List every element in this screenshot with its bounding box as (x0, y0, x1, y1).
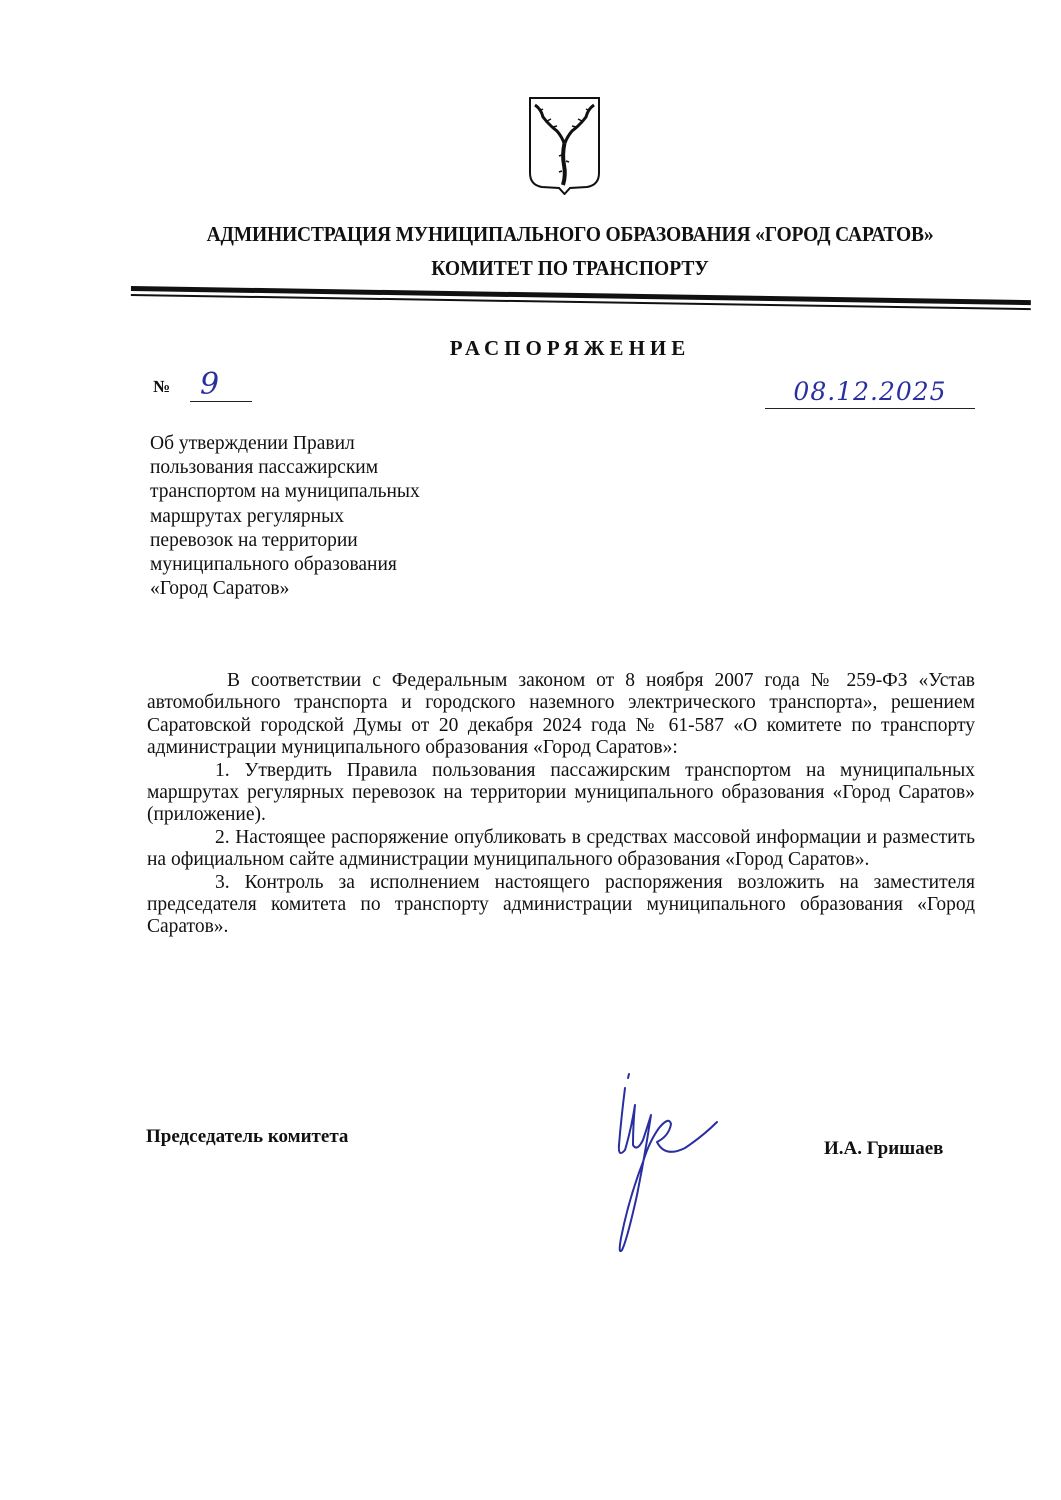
order-item-1: 1. Утвердить Правила пользования пассажи… (147, 760, 975, 827)
header-divider (131, 286, 1031, 314)
order-item-3: 3. Контроль за исполнением настоящего ра… (147, 872, 975, 939)
signatory-name: И.А. Гришаев (824, 1138, 943, 1160)
subject-line: пользования пассажирским (150, 456, 490, 480)
document-subject: Об утверждении Правил пользования пассаж… (150, 432, 490, 601)
number-label: № (153, 377, 170, 397)
organization-name: АДМИНИСТРАЦИЯ МУНИЦИПАЛЬНОГО ОБРАЗОВАНИЯ… (161, 222, 979, 247)
document-body: В соответствии с Федеральным законом от … (147, 670, 975, 939)
order-item-2: 2. Настоящее распоряжение опубликовать в… (147, 827, 975, 872)
document-date: 08.12.2025 (765, 378, 975, 409)
subject-line: транспортом на муниципальных (150, 480, 490, 504)
committee-name: КОМИТЕТ ПО ТРАНСПОРТУ (161, 256, 979, 281)
document-number: 9 (190, 370, 252, 402)
saratov-coat-of-arms-icon (527, 95, 602, 195)
preamble-paragraph: В соответствии с Федеральным законом от … (147, 670, 975, 760)
document-type-title: РАСПОРЯЖЕНИЕ (130, 336, 1010, 361)
subject-line: «Город Саратов» (150, 577, 490, 601)
subject-line: маршрутах регулярных (150, 505, 490, 529)
signatory-role: Председатель комитета (146, 1126, 348, 1148)
handwritten-signature-icon (585, 1070, 735, 1255)
subject-line: муниципального образования (150, 553, 490, 577)
subject-line: Об утверждении Правил (150, 432, 490, 456)
subject-line: перевозок на территории (150, 529, 490, 553)
